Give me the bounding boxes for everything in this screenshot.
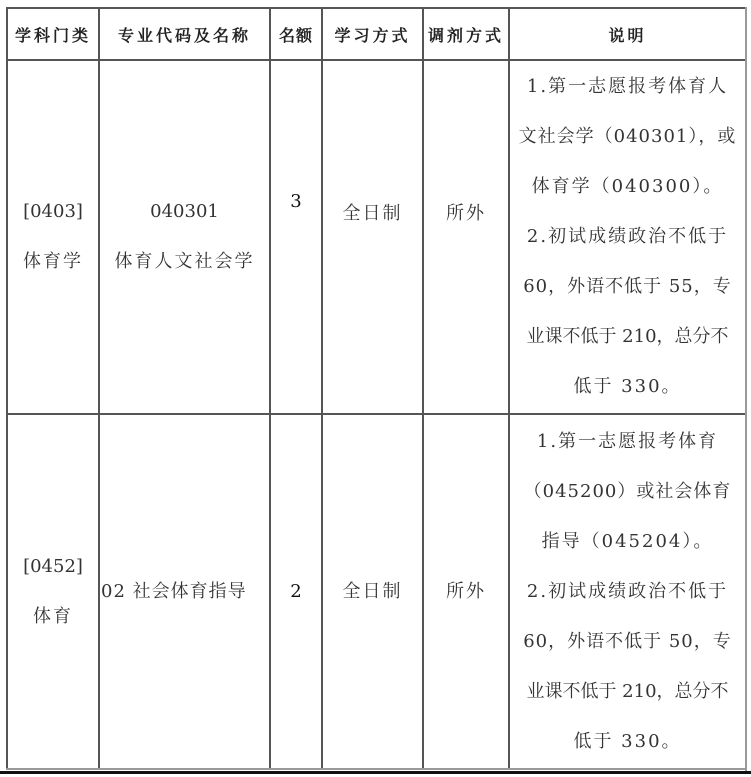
major-name: 02 社会体育指导 bbox=[100, 567, 269, 617]
header-study-mode: 学习方式 bbox=[322, 8, 423, 60]
major-name: 体育人文社会学 bbox=[100, 237, 269, 287]
quota-cell: 2 bbox=[270, 414, 322, 769]
notes-line: 业课不低于 210，总分不 bbox=[510, 667, 745, 717]
header-discipline: 学科门类 bbox=[7, 8, 99, 60]
quota-value: 2 bbox=[271, 581, 321, 602]
notes-line: 1.第一志愿报考体育人 bbox=[510, 62, 745, 112]
discipline-name: 体育学 bbox=[8, 237, 98, 287]
bottom-rule-divider bbox=[0, 771, 751, 774]
study-mode-cell: 全日制 bbox=[322, 60, 423, 414]
quota-value: 3 bbox=[271, 191, 321, 212]
transfer-mode-value: 所外 bbox=[424, 567, 508, 617]
notes-line: 文社会学（040301），或 bbox=[510, 112, 745, 162]
header-transfer-mode: 调剂方式 bbox=[423, 8, 509, 60]
transfer-mode-value: 所外 bbox=[424, 189, 508, 239]
notes-line: 60，外语不低于 50，专 bbox=[510, 617, 745, 667]
header-quota: 名额 bbox=[270, 8, 322, 60]
notes-line: 2.初试成绩政治不低于 bbox=[510, 567, 745, 617]
major-code: 040301 bbox=[100, 187, 269, 237]
major-cell: 02 社会体育指导 bbox=[99, 414, 270, 769]
quota-cell: 3 bbox=[270, 60, 322, 414]
admissions-table: 学科门类 专业代码及名称 名额 学习方式 调剂方式 说明 [0403] 体育学 … bbox=[6, 7, 747, 770]
table-shadow-right bbox=[745, 7, 747, 771]
transfer-mode-cell: 所外 bbox=[423, 414, 509, 769]
notes-line: 低于 330。 bbox=[510, 362, 745, 412]
study-mode-value: 全日制 bbox=[323, 189, 422, 239]
discipline-code: [0403] bbox=[8, 187, 98, 237]
notes-line: 2.初试成绩政治不低于 bbox=[510, 212, 745, 262]
transfer-mode-cell: 所外 bbox=[423, 60, 509, 414]
table-shadow-bottom bbox=[6, 768, 747, 770]
study-mode-value: 全日制 bbox=[323, 567, 422, 617]
notes-line: 低于 330。 bbox=[510, 717, 745, 767]
notes-cell: 1.第一志愿报考体育 （045200）或社会体育 指导（045204）。 2.初… bbox=[509, 414, 746, 769]
notes-text: 1.第一志愿报考体育 （045200）或社会体育 指导（045204）。 2.初… bbox=[510, 417, 745, 767]
notes-line: 体育学（040300）。 bbox=[510, 162, 745, 212]
header-row: 学科门类 专业代码及名称 名额 学习方式 调剂方式 说明 bbox=[7, 8, 746, 60]
notes-line: 60，外语不低于 55，专 bbox=[510, 262, 745, 312]
notes-text: 1.第一志愿报考体育人 文社会学（040301），或 体育学（040300）。 … bbox=[510, 62, 745, 412]
header-notes: 说明 bbox=[509, 8, 746, 60]
study-mode-cell: 全日制 bbox=[322, 414, 423, 769]
discipline-name: 体育 bbox=[8, 592, 98, 642]
notes-cell: 1.第一志愿报考体育人 文社会学（040301），或 体育学（040300）。 … bbox=[509, 60, 746, 414]
notes-line: 指导（045204）。 bbox=[510, 517, 745, 567]
header-major: 专业代码及名称 bbox=[99, 8, 270, 60]
notes-line: （045200）或社会体育 bbox=[510, 467, 745, 517]
table-row: [0452] 体育 02 社会体育指导 2 全日制 所外 1.第一志愿报考体育 … bbox=[7, 414, 746, 769]
notes-line: 1.第一志愿报考体育 bbox=[510, 417, 745, 467]
discipline-cell: [0403] 体育学 bbox=[7, 60, 99, 414]
discipline-code: [0452] bbox=[8, 542, 98, 592]
discipline-cell: [0452] 体育 bbox=[7, 414, 99, 769]
major-cell: 040301 体育人文社会学 bbox=[99, 60, 270, 414]
table-row: [0403] 体育学 040301 体育人文社会学 3 全日制 所外 1.第一志… bbox=[7, 60, 746, 414]
notes-line: 业课不低于 210，总分不 bbox=[510, 312, 745, 362]
